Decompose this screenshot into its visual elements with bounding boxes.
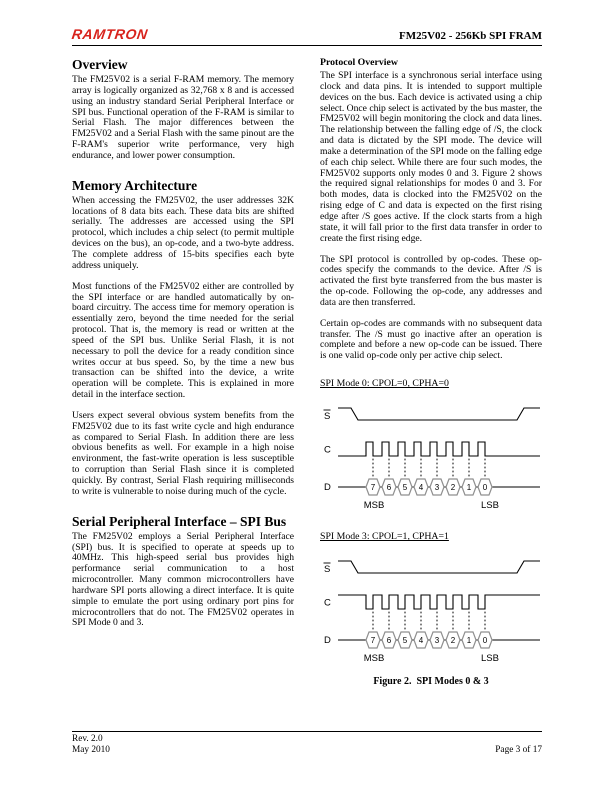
paragraph: Certain op-codes are commands with no su… bbox=[320, 319, 542, 362]
right-column-text: Protocol OverviewThe SPI interface is a … bbox=[320, 57, 542, 362]
paragraph: The SPI interface is a synchronous seria… bbox=[320, 71, 542, 245]
lsb-label: LSB bbox=[481, 500, 499, 511]
data-bit-value: 4 bbox=[419, 483, 424, 492]
data-bit-value: 2 bbox=[451, 636, 456, 645]
paragraph: Most functions of the FM25V02 either are… bbox=[72, 282, 294, 401]
paragraph: The FM25V02 employs a Serial Peripheral … bbox=[72, 532, 294, 630]
msb-label: MSB bbox=[364, 500, 385, 511]
data-bit-value: 5 bbox=[403, 483, 408, 492]
signal-label-d: D bbox=[324, 635, 331, 646]
right-column: Protocol OverviewThe SPI interface is a … bbox=[320, 57, 542, 687]
signal-label-c: C bbox=[324, 445, 331, 456]
spi-timing-diagrams: SPI Mode 0: CPOL=0, CPHA=0SCD76543210MSB… bbox=[320, 378, 542, 668]
data-bit-value: 1 bbox=[467, 636, 472, 645]
figure-caption: Figure 2. SPI Modes 0 & 3 bbox=[320, 676, 542, 687]
data-bit-value: 4 bbox=[419, 636, 424, 645]
data-bit-value: 2 bbox=[451, 483, 456, 492]
signal-label-s: S bbox=[324, 411, 330, 422]
paragraph: The SPI protocol is controlled by op-cod… bbox=[320, 255, 542, 309]
paragraph: The FM25V02 is a serial F-RAM memory. Th… bbox=[72, 75, 294, 162]
section-heading: Memory Architecture bbox=[72, 178, 294, 193]
chip-select-waveform bbox=[338, 408, 540, 420]
data-bit-value: 3 bbox=[435, 483, 440, 492]
paragraph: When accessing the FM25V02, the user add… bbox=[72, 196, 294, 272]
data-bit-value: 6 bbox=[387, 636, 392, 645]
timing-diagram: SPI Mode 0: CPOL=0, CPHA=0SCD76543210MSB… bbox=[320, 378, 542, 515]
page-header: RAMTRON FM25V02 - 256Kb SPI FRAM bbox=[72, 26, 542, 46]
data-bit-value: 5 bbox=[403, 636, 408, 645]
revision-label: Rev. 2.0 bbox=[72, 734, 110, 745]
page-footer: Rev. 2.0 May 2010 Page 3 of 17 bbox=[72, 731, 542, 756]
section-heading: Protocol Overview bbox=[320, 57, 542, 69]
spi-mode-heading: SPI Mode 3: CPOL=1, CPHA=1 bbox=[320, 531, 542, 542]
section-heading: Serial Peripheral Interface – SPI Bus bbox=[72, 514, 294, 529]
two-column-body: OverviewThe FM25V02 is a serial F-RAM me… bbox=[72, 57, 542, 687]
datasheet-page: RAMTRON FM25V02 - 256Kb SPI FRAM Overvie… bbox=[0, 0, 612, 792]
timing-diagram-svg: SCD76543210MSBLSB bbox=[320, 552, 542, 668]
msb-label: MSB bbox=[364, 653, 385, 664]
page-number: Page 3 of 17 bbox=[495, 745, 542, 756]
document-section: Protocol OverviewThe SPI interface is a … bbox=[320, 57, 542, 362]
left-column: OverviewThe FM25V02 is a serial F-RAM me… bbox=[72, 57, 294, 687]
data-bit-value: 0 bbox=[483, 483, 488, 492]
spi-mode-heading: SPI Mode 0: CPOL=0, CPHA=0 bbox=[320, 378, 542, 389]
document-title: FM25V02 - 256Kb SPI FRAM bbox=[399, 30, 542, 42]
clock-waveform bbox=[338, 442, 540, 456]
ramtron-logo: RAMTRON bbox=[71, 26, 149, 42]
data-bit-value: 0 bbox=[483, 636, 488, 645]
timing-diagram: SPI Mode 3: CPOL=1, CPHA=1SCD76543210MSB… bbox=[320, 531, 542, 668]
paragraph: Users expect several obvious system bene… bbox=[72, 411, 294, 498]
data-bit-value: 3 bbox=[435, 636, 440, 645]
lsb-label: LSB bbox=[481, 653, 499, 664]
chip-select-waveform bbox=[338, 561, 540, 573]
footer-left: Rev. 2.0 May 2010 bbox=[72, 734, 110, 756]
document-section: Serial Peripheral Interface – SPI BusThe… bbox=[72, 514, 294, 630]
timing-diagram-svg: SCD76543210MSBLSB bbox=[320, 399, 542, 515]
date-label: May 2010 bbox=[72, 745, 110, 756]
data-bit-value: 7 bbox=[371, 483, 376, 492]
data-bit-value: 6 bbox=[387, 483, 392, 492]
header-rule: RAMTRON FM25V02 - 256Kb SPI FRAM bbox=[72, 26, 542, 46]
document-section: OverviewThe FM25V02 is a serial F-RAM me… bbox=[72, 57, 294, 162]
document-section: Memory ArchitectureWhen accessing the FM… bbox=[72, 178, 294, 498]
signal-label-d: D bbox=[324, 482, 331, 493]
signal-label-c: C bbox=[324, 598, 331, 609]
signal-label-s: S bbox=[324, 564, 330, 575]
data-bit-value: 1 bbox=[467, 483, 472, 492]
clock-waveform bbox=[338, 595, 540, 609]
section-heading: Overview bbox=[72, 57, 294, 72]
data-bit-value: 7 bbox=[371, 636, 376, 645]
